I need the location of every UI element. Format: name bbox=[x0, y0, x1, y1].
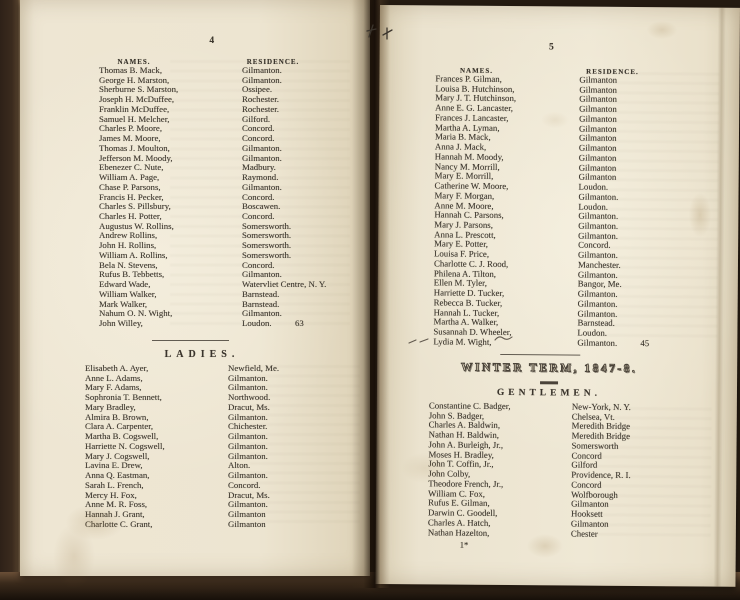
roster-row: Elisabeth A. Ayer, Newfield, Me. bbox=[20, 364, 370, 374]
roster-row: Thomas J. Moulton, Gilmanton. bbox=[20, 144, 370, 154]
student-name: Charlotte C. Grant, bbox=[85, 520, 152, 530]
roster-row: James M. Moore, Concord. bbox=[20, 134, 370, 144]
roster-row: John H. Rollins, Somersworth. bbox=[20, 241, 370, 251]
roster-total-45: 45 bbox=[640, 339, 649, 349]
student-residence: Chester bbox=[571, 529, 598, 539]
roster-row: Francis H. Pecker, Concord. bbox=[20, 193, 370, 203]
roster-row: William Walker, Barnstead. bbox=[20, 290, 370, 300]
gentlemen-roster: Constantine C. Badger, New-York, N. Y. J… bbox=[376, 401, 737, 540]
roster-row: Mary J. Cogswell, Gilmanton. bbox=[20, 452, 370, 462]
roster-row: Charlotte C. Grant, Gilmanton bbox=[20, 520, 370, 530]
student-name: John Willey, bbox=[99, 319, 143, 329]
student-residence: Gilmanton. bbox=[577, 338, 617, 348]
summer-roster-left: Thomas B. Mack, Gilmanton. George H. Mar… bbox=[20, 66, 370, 329]
page-number-left: 4 bbox=[206, 36, 218, 46]
roster-row: Nathan Hazelton, Chester bbox=[376, 528, 736, 541]
roster-row: Martha B. Cogswell, Gilmanton. bbox=[20, 432, 370, 442]
roster-row: Mark Walker, Barnstead. bbox=[20, 300, 370, 310]
ladies-roster-continued: Frances P. Gilman, Gilmanton Louisa B. H… bbox=[377, 74, 739, 349]
ladies-roster: Elisabeth A. Ayer, Newfield, Me. Anne L.… bbox=[20, 364, 370, 529]
roster-row: Mary F. Adams, Gilmanton. bbox=[20, 383, 370, 393]
heading-rule bbox=[540, 381, 558, 384]
roster-row: Sophronia T. Bennett, Northwood. bbox=[20, 393, 370, 403]
page-right: 5 NAMES. RESIDENCE. Frances P. Gilman, G… bbox=[375, 5, 740, 587]
gentlemen-section-heading: GENTLEMEN. bbox=[497, 388, 601, 399]
roster-row: Sarah L. French, Concord. bbox=[20, 481, 370, 491]
roster-row: John Willey, Loudon. bbox=[20, 319, 370, 329]
roster-row: Bela N. Stevens, Concord. bbox=[20, 261, 370, 271]
pen-mark-before-name bbox=[408, 336, 430, 345]
roster-row: Charles P. Moore, Concord. bbox=[20, 124, 370, 134]
student-name: Lydia M. Wight, bbox=[433, 337, 491, 347]
roster-row: Charles S. Pillsbury, Boscawen. bbox=[20, 202, 370, 212]
signature-mark: 1* bbox=[460, 540, 469, 550]
ladies-section-heading: LADIES. bbox=[165, 349, 240, 360]
roster-row: Mary Bradley, Dracut, Ms. bbox=[20, 403, 370, 413]
roster-row: Chase P. Parsons, Gilmanton. bbox=[20, 183, 370, 193]
roster-row: Anne L. Adams, Gilmanton. bbox=[20, 374, 370, 384]
section-divider bbox=[500, 354, 580, 356]
book-spine-edge bbox=[0, 0, 20, 600]
roster-row: Anne M. R. Foss, Gilmanton. bbox=[20, 500, 370, 510]
roster-row: William A. Page, Raymond. bbox=[20, 173, 370, 183]
book-scan: 4 NAMES. RESIDENCE. Thomas B. Mack, Gilm… bbox=[0, 0, 740, 600]
roster-row: Clara A. Carpenter, Chichester. bbox=[20, 422, 370, 432]
roster-row: Andrew Rollins, Somersworth. bbox=[20, 231, 370, 241]
ink-mark-top-right bbox=[382, 27, 393, 41]
roster-row: Hannah J. Grant, Gilmanton bbox=[20, 510, 370, 520]
ink-mark-top-left bbox=[366, 24, 378, 39]
roster-row: Lavina E. Drew, Alton. bbox=[20, 461, 370, 471]
winter-term-heading: WINTER TERM, 1847-8. bbox=[461, 362, 637, 375]
roster-row: Sherburne S. Marston, Ossipee. bbox=[20, 85, 370, 95]
student-name: Nathan Hazelton, bbox=[428, 528, 490, 538]
roster-row: Augustus W. Rollins, Somersworth. bbox=[20, 222, 370, 232]
pen-mark-after-name bbox=[494, 334, 514, 343]
roster-row: Franklin McDuffee, Rochester. bbox=[20, 105, 370, 115]
roster-row: Nahum O. N. Wight, Gilmanton. bbox=[20, 309, 370, 319]
roster-row: Harriette N. Cogswell, Gilmanton. bbox=[20, 442, 370, 452]
roster-row: Edward Wade, Watervliet Centre, N. Y. bbox=[20, 280, 370, 290]
page-left: 4 NAMES. RESIDENCE. Thomas B. Mack, Gilm… bbox=[20, 0, 370, 576]
roster-row: Jefferson M. Moody, Gilmanton. bbox=[20, 154, 370, 164]
roster-row: Thomas B. Mack, Gilmanton. bbox=[20, 66, 370, 76]
roster-row: Lydia M. Wight, Gilmanton. bbox=[377, 337, 737, 350]
roster-row: William A. Rollins, Somersworth. bbox=[20, 251, 370, 261]
roster-row: Almira B. Brown, Gilmanton. bbox=[20, 413, 370, 423]
roster-total-63: 63 bbox=[295, 319, 304, 329]
student-residence: Gilmanton bbox=[228, 520, 266, 530]
roster-row: Ebenezer C. Nute, Madbury. bbox=[20, 163, 370, 173]
roster-row: Mercy H. Fox, Dracut, Ms. bbox=[20, 491, 370, 501]
roster-row: Anna Q. Eastman, Gilmanton. bbox=[20, 471, 370, 481]
student-residence: Loudon. bbox=[242, 319, 272, 329]
section-divider bbox=[152, 340, 229, 341]
roster-row: Charles H. Potter, Concord. bbox=[20, 212, 370, 222]
roster-row: Joseph H. McDuffee, Rochester. bbox=[20, 95, 370, 105]
roster-row: Samuel H. Melcher, Gilford. bbox=[20, 115, 370, 125]
roster-row: George H. Marston, Gilmanton. bbox=[20, 76, 370, 86]
page-number-right: 5 bbox=[546, 42, 558, 52]
